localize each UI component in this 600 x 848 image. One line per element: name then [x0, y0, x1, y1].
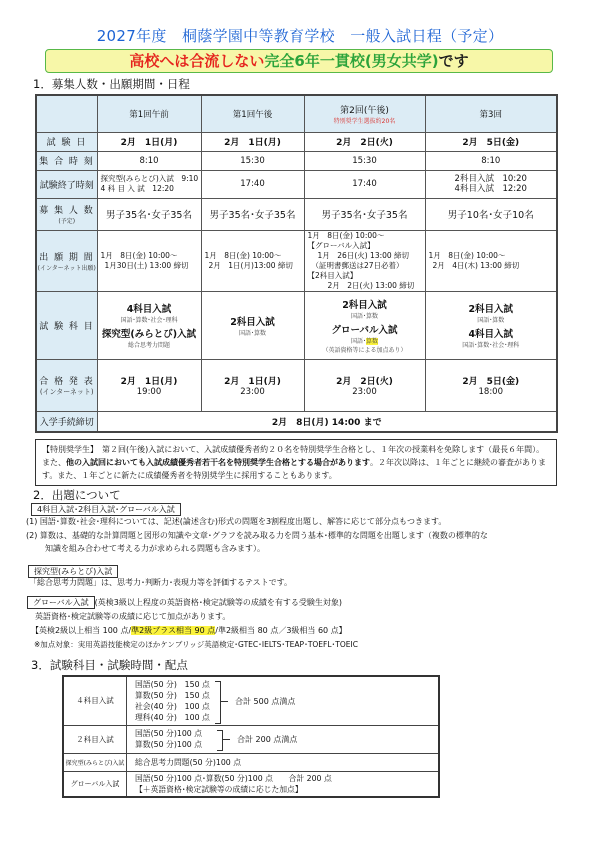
policy-item-2-cont: 知識を組み合わせて考える力が求められる問題も含みます）。 — [45, 543, 265, 555]
cell: 国語(50 分) 150 点算数(50 分) 150 点社会(40 分) 100… — [127, 676, 440, 725]
cell: 8:10 — [97, 151, 201, 170]
policy-item-2: (2) 算数は、基礎的な計算問題と図形の知識や文章･グラフを読み取る力を問う基本… — [26, 530, 488, 542]
row-label: グローバル入試 — [63, 771, 127, 797]
cell: 2科目入試国語･算数 4科目入試国語･算数･社会･理科 — [425, 291, 557, 359]
row-label: 入学手続締切 — [36, 411, 97, 432]
schedule-table: 第1回午前 第1回午後 第2回(午後)特別奨学生選抜約20名 第3回 試 験 日… — [35, 94, 558, 433]
section3-heading: 3．試験科目・試験時間・配点 — [31, 657, 188, 673]
cell: 国語(50 分)100 点算数(50 分)100 点 合計 200 点満点 — [127, 725, 440, 753]
global-bonus-line: 英語資格･検定試験等の成績に応じて加点があります。 — [35, 611, 230, 623]
table-row: ２科目入試 国語(50 分)100 点算数(50 分)100 点 合計 200 … — [63, 725, 439, 753]
row-label: 試験終了時刻 — [36, 170, 97, 198]
cell: 2月 5日(金) — [425, 132, 557, 151]
table-header-row: 第1回午前 第1回午後 第2回(午後)特別奨学生選抜約20名 第3回 — [36, 95, 557, 132]
section1-heading: 1．募集人数・出願期間・日程 — [33, 76, 190, 92]
cell: 1月 8日(金) 10:00～2月 1日(月)13:00 締切 — [201, 230, 304, 291]
tagline-banner: 高校へは合流しない完全6年一貫校(男女共学)です — [45, 49, 553, 73]
cell: 2月 2日(火) — [304, 132, 425, 151]
row-label: 試 験 日 — [36, 132, 97, 151]
highlighted-points: 準2級プラス相当 90 点 — [131, 626, 215, 635]
page-title: 2027年度 桐蔭学園中等教育学校 一般入試日程（予定） — [0, 25, 600, 46]
scoring-table: ４科目入試 国語(50 分) 150 点算数(50 分) 150 点社会(40 … — [62, 675, 440, 798]
scholarship-notice: 【特別奨学生】 第２回(午後)入試において、入試成績優秀者約２０名を特別奨学生合… — [35, 439, 557, 486]
cell: 2科目入試国語･算数 — [201, 291, 304, 359]
cell: 15:30 — [304, 151, 425, 170]
global-exam-line: グローバル入試(英検3級以上程度の英語資格･検定試験等の成績を有する受験生対象) — [27, 596, 342, 609]
table-row-application: 出 願 期 間(インターネット出願) 1月 8日(金) 10:00～1月30日(… — [36, 230, 557, 291]
table-row-capacity: 募 集 人 数(予定) 男子35名･女子35名 男子35名･女子35名 男子35… — [36, 198, 557, 230]
table-row: 探究型(みらとび)入試 総合思考力問題(50 分)100 点 — [63, 753, 439, 771]
banner-red-text: 高校へは合流しない — [129, 52, 264, 70]
cell: 男子35名･女子35名 — [97, 198, 201, 230]
table-row-end-time: 試験終了時刻 探究型(みらとび)入試 9:104 科 目 入 試 12:20 1… — [36, 170, 557, 198]
cell: 2月 1日(月) — [97, 132, 201, 151]
cell: 1月 8日(金) 10:00～2月 4日(木) 13:00 締切 — [425, 230, 557, 291]
exam-type-label: グローバル入試 — [27, 596, 95, 609]
banner-green-text: 完全6年一貫校(男女共学) — [264, 52, 438, 70]
cell: 2科目入試 10:204科目入試 12:20 — [425, 170, 557, 198]
table-row-enrollment: 入学手続締切 2月 8日(月) 14:00 まで — [36, 411, 557, 432]
cell: 国語(50 分)100 点･算数(50 分)100 点 合計 200 点【＋英語… — [127, 771, 440, 797]
cell: 2月 1日(月) — [201, 132, 304, 151]
row-label: 募 集 人 数(予定) — [36, 198, 97, 230]
bracket-tick-icon — [223, 739, 230, 740]
row-label: ４科目入試 — [63, 676, 127, 725]
section2-heading: 2．出題について — [33, 487, 121, 503]
total-score: 合計 500 点満点 — [235, 696, 295, 707]
table-row-subjects: 試 験 科 目 4科目入試国語･算数･社会･理科 探究型(みらとび)入試総合思考… — [36, 291, 557, 359]
global-note: ※加点対象：実用英語技能検定のほかケンブリッジ英語検定･GTEC･IELTS･T… — [34, 639, 358, 651]
cell: 4科目入試国語･算数･社会･理科 探究型(みらとび)入試総合思考力問題 — [97, 291, 201, 359]
col-header: 第3回 — [425, 95, 557, 132]
cell: 2月 5日(金)18:00 — [425, 359, 557, 411]
tankyu-description: 「総合思考力問題」は、思考力･判断力･表現力等を評価するテストです。 — [29, 577, 292, 589]
row-label: 合 格 発 表(インターネット) — [36, 359, 97, 411]
cell: 男子35名･女子35名 — [201, 198, 304, 230]
cell: 2月 2日(火)23:00 — [304, 359, 425, 411]
table-row: グローバル入試 国語(50 分)100 点･算数(50 分)100 点 合計 2… — [63, 771, 439, 797]
row-label: 試 験 科 目 — [36, 291, 97, 359]
cell: 探究型(みらとび)入試 9:104 科 目 入 試 12:20 — [97, 170, 201, 198]
exam-type-label: 4科目入試･2科目入試･グローバル入試 — [31, 503, 181, 516]
col-header: 第1回午前 — [97, 95, 201, 132]
bracket-icon — [215, 681, 221, 724]
global-points-line: 【英検2級以上相当 100 点/準2級プラス相当 90 点/準2級相当 80 点… — [31, 625, 347, 637]
cell: 2月 1日(月)19:00 — [97, 359, 201, 411]
banner-dark-text: です — [439, 52, 469, 70]
cell: 2科目入試国語･算数 グローバル入試 国語･算数 （英語資格等による加点あり） — [304, 291, 425, 359]
cell: 男子35名･女子35名 — [304, 198, 425, 230]
row-label: 出 願 期 間(インターネット出願) — [36, 230, 97, 291]
cell: 1月 8日(金) 10:00～1月30日(土) 13:00 締切 — [97, 230, 201, 291]
table-row-exam-date: 試 験 日 2月 1日(月) 2月 1日(月) 2月 2日(火) 2月 5日(金… — [36, 132, 557, 151]
col-header: 第1回午後 — [201, 95, 304, 132]
table-row-results: 合 格 発 表(インターネット) 2月 1日(月)19:00 2月 1日(月)2… — [36, 359, 557, 411]
cell: 2月 8日(月) 14:00 まで — [97, 411, 557, 432]
col-header: 第2回(午後)特別奨学生選抜約20名 — [304, 95, 425, 132]
highlighted-subject: 算数 — [366, 338, 378, 345]
table-row-assembly: 集 合 時 刻 8:10 15:30 15:30 8:10 — [36, 151, 557, 170]
policy-item-1: (1) 国語･算数･社会･理科については、記述(論述含む)形式の問題を3割程度出… — [26, 516, 446, 528]
cell: 2月 1日(月)23:00 — [201, 359, 304, 411]
bracket-tick-icon — [221, 701, 228, 702]
row-label: 集 合 時 刻 — [36, 151, 97, 170]
cell: 17:40 — [201, 170, 304, 198]
bracket-icon — [217, 730, 223, 751]
total-score: 合計 200 点満点 — [237, 734, 297, 745]
cell: 総合思考力問題(50 分)100 点 — [127, 753, 440, 771]
row-label: 探究型(みらとび)入試 — [63, 753, 127, 771]
cell: 17:40 — [304, 170, 425, 198]
cell: 1月 8日(金) 10:00～ 【グローバル入試】 1月 26日(火) 13:0… — [304, 230, 425, 291]
table-row: ４科目入試 国語(50 分) 150 点算数(50 分) 150 点社会(40 … — [63, 676, 439, 725]
cell: 男子10名･女子10名 — [425, 198, 557, 230]
row-label: ２科目入試 — [63, 725, 127, 753]
cell: 8:10 — [425, 151, 557, 170]
scholarship-note: 特別奨学生選抜約20名 — [305, 116, 425, 125]
cell: 15:30 — [201, 151, 304, 170]
corner-cell — [36, 95, 97, 132]
